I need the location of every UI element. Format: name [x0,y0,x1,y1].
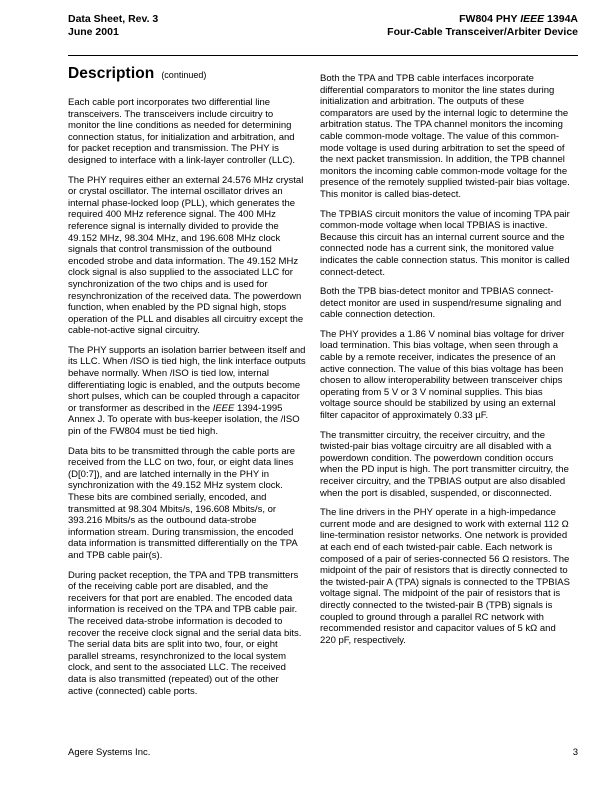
text-run: The transmitter circuitry, the receiver … [320,430,569,499]
text-run: The PHY requires either an external 24.5… [68,175,303,337]
text-run: Both the TPA and TPB cable interfaces in… [320,73,570,200]
page-title: Description (continued) [68,65,206,83]
text-run: 1394A [544,13,578,25]
right-column: Both the TPA and TPB cable interfaces in… [320,73,570,654]
paragraph: The PHY supports an isolation barrier be… [68,345,306,438]
text-run: FW804 PHY [459,13,520,25]
header-product-name: FW804 PHY IEEE 1394A [387,13,578,26]
paragraph: The transmitter circuitry, the receiver … [320,430,570,500]
page-title-suffix: (continued) [159,70,207,80]
text-run: During packet reception, the TPA and TPB… [68,570,301,697]
left-column: Each cable port incorporates two differe… [68,97,306,705]
header-product-description: Four-Cable Transceiver/Arbiter Device [387,26,578,39]
text-run: IEEE [213,403,235,414]
text-run: Each cable port incorporates two differe… [68,97,295,166]
paragraph: During packet reception, the TPA and TPB… [68,570,306,698]
text-run: Both the TPB bias-detect monitor and TPB… [320,286,561,320]
text-run: IEEE [520,13,544,25]
footer-page-number: 3 [573,747,578,758]
paragraph: The line drivers in the PHY operate in a… [320,507,570,646]
text-run: The PHY provides a 1.86 V nominal bias v… [320,329,564,421]
header-doc-revision: Data Sheet, Rev. 3 [68,13,158,26]
paragraph: Each cable port incorporates two differe… [68,97,306,167]
paragraph: The PHY requires either an external 24.5… [68,175,306,337]
page-title-text: Description [68,65,154,82]
datasheet-page: Data Sheet, Rev. 3 June 2001 FW804 PHY I… [0,0,612,792]
paragraph: Data bits to be transmitted through the … [68,446,306,562]
paragraph: Both the TPA and TPB cable interfaces in… [320,73,570,201]
footer-company: Agere Systems Inc. [68,747,150,758]
text-run: The TPBIAS circuit monitors the value of… [320,209,570,278]
header-rule [68,55,578,56]
paragraph: The PHY provides a 1.86 V nominal bias v… [320,329,570,422]
header-doc-info: Data Sheet, Rev. 3 June 2001 [68,13,158,38]
paragraph: The TPBIAS circuit monitors the value of… [320,209,570,279]
text-run: The line drivers in the PHY operate in a… [320,507,570,646]
text-run: Data bits to be transmitted through the … [68,446,297,561]
header-product-info: FW804 PHY IEEE 1394A Four-Cable Transcei… [387,13,578,38]
paragraph: Both the TPB bias-detect monitor and TPB… [320,286,570,321]
header-doc-date: June 2001 [68,26,158,39]
